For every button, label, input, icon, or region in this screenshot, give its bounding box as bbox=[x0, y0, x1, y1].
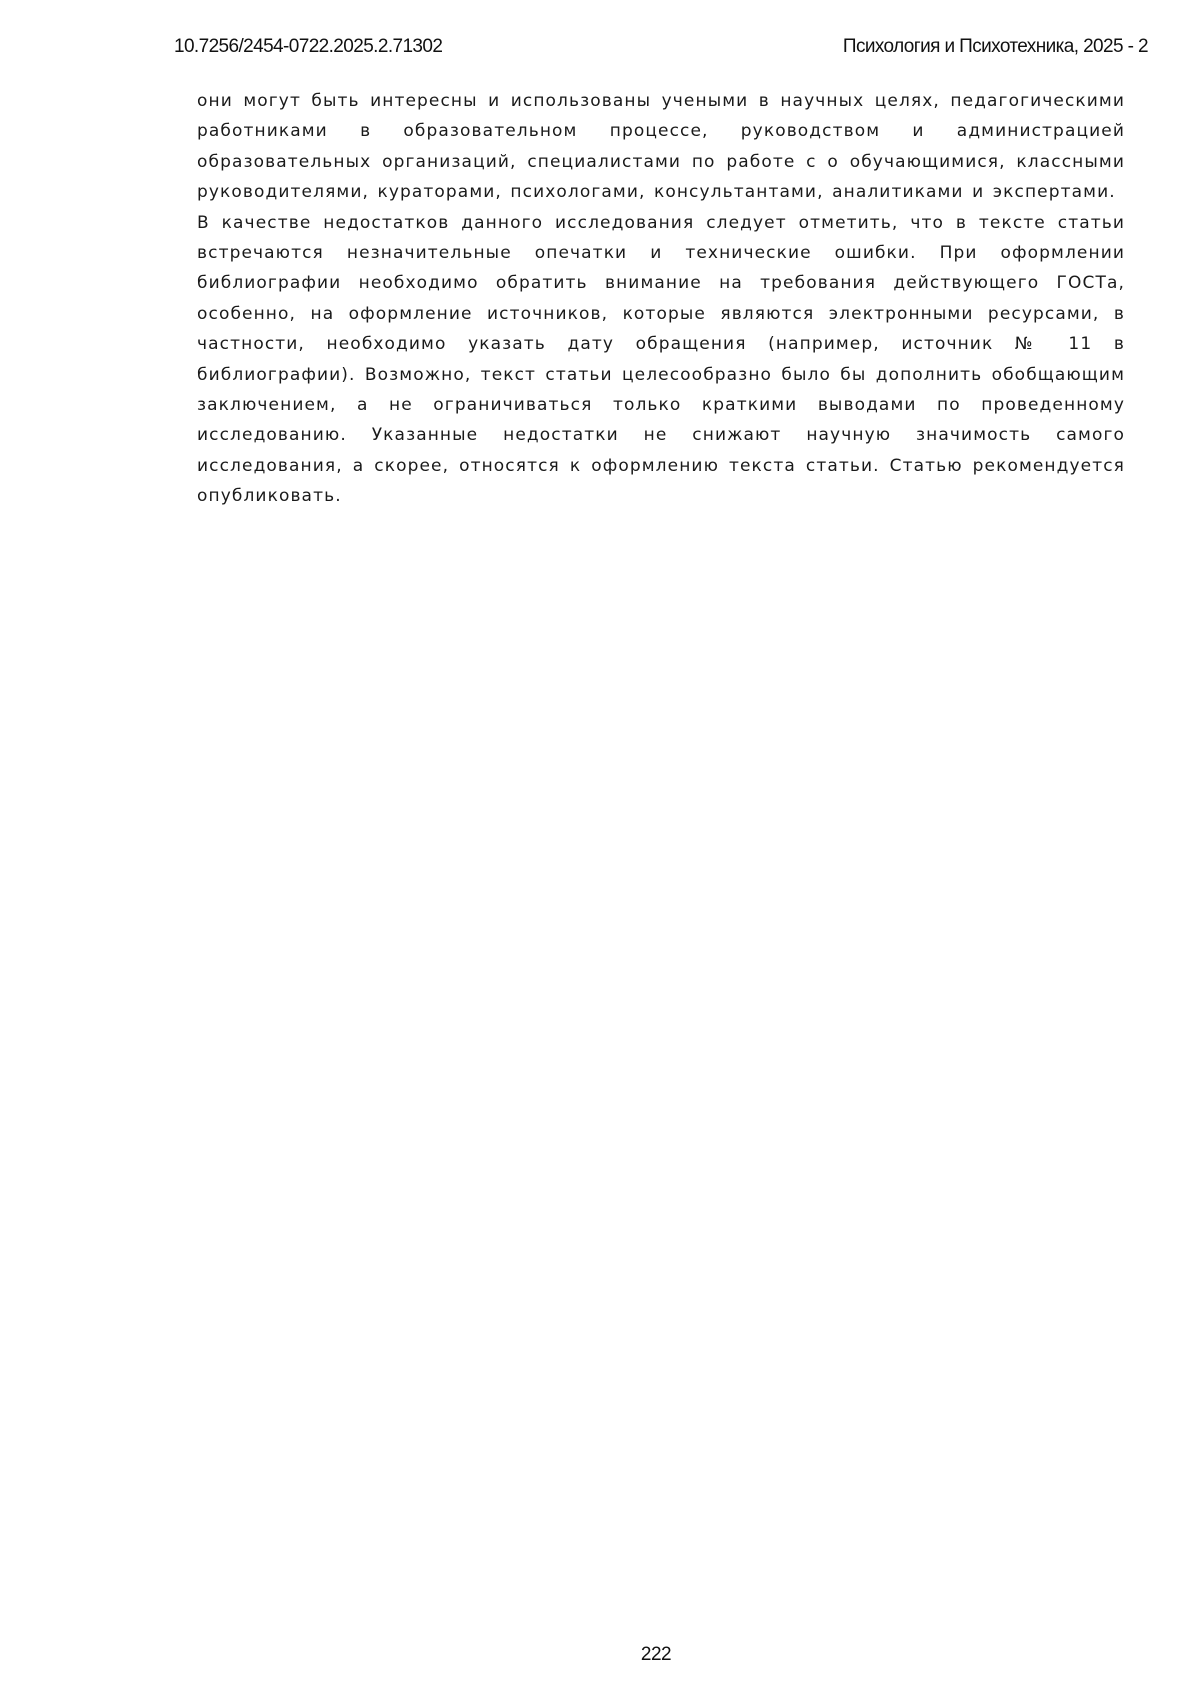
page-number: 222 bbox=[0, 1644, 1200, 1666]
journal-title: Психология и Психотехника, 2025 - 2 bbox=[843, 36, 1148, 58]
article-body: они могут быть интересны и использованы … bbox=[197, 86, 1125, 512]
paragraph-shortcomings: В качестве недостатков данного исследова… bbox=[197, 208, 1125, 512]
doi-text: 10.7256/2454-0722.2025.2.71302 bbox=[174, 36, 442, 58]
paragraph-applicability: они могут быть интересны и использованы … bbox=[197, 86, 1125, 208]
running-header: 10.7256/2454-0722.2025.2.71302 Психологи… bbox=[174, 36, 1148, 60]
